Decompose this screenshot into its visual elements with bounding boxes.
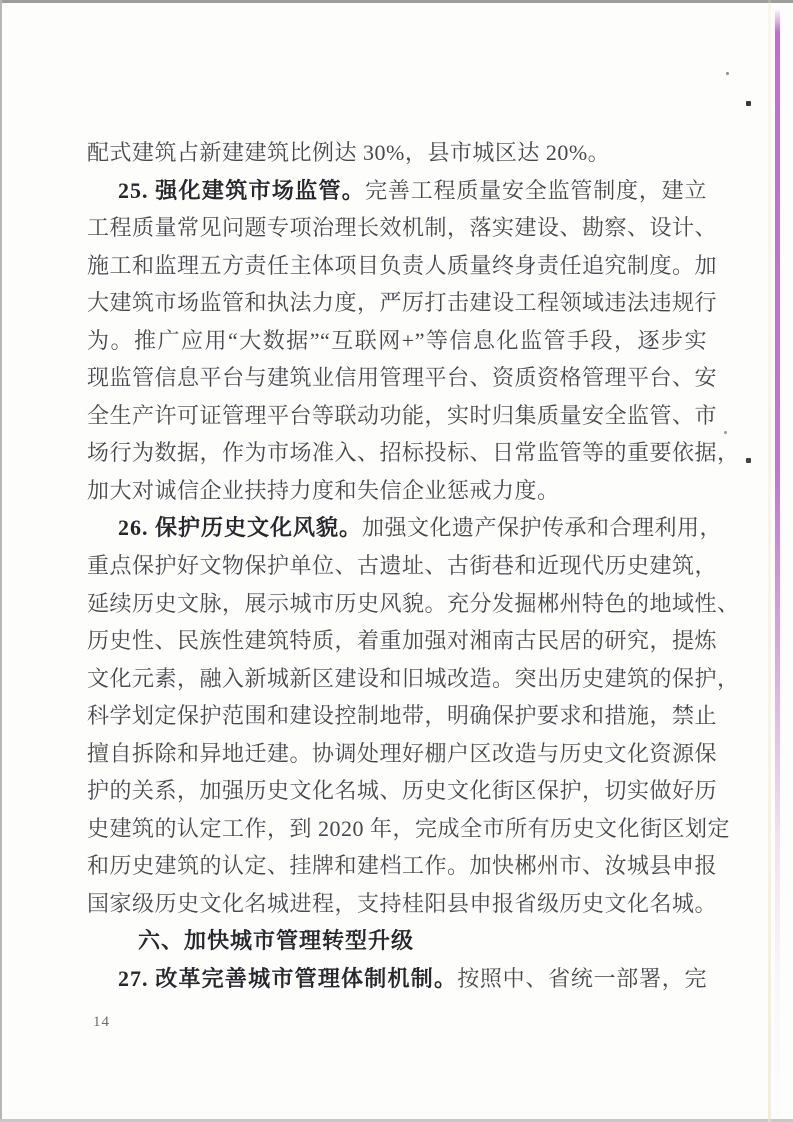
text-line: 擅自拆除和异地迁建。协调处理好棚户区改造与历史文化资源保 bbox=[87, 735, 707, 773]
text-line: 26. 保护历史文化风貌。加强文化遗产保护传承和合理利用， bbox=[87, 509, 707, 547]
heading-text: 25. 强化建筑市场监管。 bbox=[118, 178, 365, 203]
body-text: 全生产许可证管理平台等联动功能，实时归集质量安全监管、市 bbox=[87, 403, 717, 428]
text-line: 工程质量常见问题专项治理长效机制，落实建设、勘察、设计、 bbox=[87, 209, 707, 247]
text-line: 史建筑的认定工作，到 2020 年，完成全市所有历史文化街区划定 bbox=[87, 810, 707, 848]
text-line: 加大对诚信企业扶持力度和失信企业惩戒力度。 bbox=[87, 472, 707, 510]
text-line: 延续历史文脉，展示城市历史风貌。充分发掘郴州特色的地域性、 bbox=[87, 585, 707, 623]
ink-speck bbox=[746, 101, 751, 106]
body-text: 为。推广应用“大数据”“互联网+”等信息化监管手段，逐步实 bbox=[87, 328, 707, 353]
text-line: 27. 改革完善城市管理体制机制。按照中、省统一部署，完 bbox=[87, 960, 707, 998]
text-line: 全生产许可证管理平台等联动功能，实时归集质量安全监管、市 bbox=[87, 397, 707, 435]
scanned-document-page: 配式建筑占新建建筑比例达 30%，县市城区达 20%。25. 强化建筑市场监管。… bbox=[0, 0, 793, 1122]
text-line: 25. 强化建筑市场监管。完善工程质量安全监管制度，建立 bbox=[87, 172, 707, 210]
text-line: 配式建筑占新建建筑比例达 30%，县市城区达 20%。 bbox=[87, 134, 707, 172]
body-text: 场行为数据，作为市场准入、招标投标、日常监管等的重要依据， bbox=[87, 440, 740, 465]
body-text: 配式建筑占新建建筑比例达 30%，县市城区达 20%。 bbox=[87, 140, 610, 165]
text-line: 国家级历史文化名城进程，支持桂阳县申报省级历史文化名城。 bbox=[87, 885, 707, 923]
text-line: 为。推广应用“大数据”“互联网+”等信息化监管手段，逐步实 bbox=[87, 322, 707, 360]
text-line: 场行为数据，作为市场准入、招标投标、日常监管等的重要依据， bbox=[87, 434, 707, 472]
text-line: 文化元素，融入新城新区建设和旧城改造。突出历史建筑的保护， bbox=[87, 660, 707, 698]
body-text: 工程质量常见问题专项治理长效机制，落实建设、勘察、设计、 bbox=[87, 215, 717, 240]
text-line: 科学划定保护范围和建设控制地带，明确保护要求和措施，禁止 bbox=[87, 697, 707, 735]
body-text: 加大对诚信企业扶持力度和失信企业惩戒力度。 bbox=[87, 478, 560, 503]
body-text: 施工和监理五方责任主体项目负责人质量终身责任追究制度。加 bbox=[87, 253, 717, 278]
scanner-streak-purple bbox=[775, 10, 780, 1115]
text-line: 和历史建筑的认定、挂牌和建档工作。加快郴州市、汝城县申报 bbox=[87, 847, 707, 885]
body-text: 按照中、省统一部署，完 bbox=[457, 966, 707, 991]
document-body: 配式建筑占新建建筑比例达 30%，县市城区达 20%。25. 强化建筑市场监管。… bbox=[87, 134, 707, 998]
heading-text: 六、加快城市管理转型升级 bbox=[138, 928, 414, 953]
text-line: 大建筑市场监管和执法力度，严厉打击建设工程领域违法违规行 bbox=[87, 284, 707, 322]
body-text: 护的关系，加强历史文化名城、历史文化街区保护，切实做好历 bbox=[87, 778, 717, 803]
ink-speck bbox=[746, 458, 751, 463]
scanner-streak-cream bbox=[768, 0, 771, 1122]
body-text: 史建筑的认定工作，到 2020 年，完成全市所有历史文化街区划定 bbox=[87, 816, 730, 841]
ink-speck bbox=[726, 72, 729, 75]
body-text: 文化元素，融入新城新区建设和旧城改造。突出历史建筑的保护， bbox=[87, 666, 740, 691]
body-text: 加强文化遗产保护传承和合理利用， bbox=[362, 515, 722, 540]
text-line: 施工和监理五方责任主体项目负责人质量终身责任追究制度。加 bbox=[87, 247, 707, 285]
body-text: 擅自拆除和异地迁建。协调处理好棚户区改造与历史文化资源保 bbox=[87, 741, 717, 766]
ink-speck bbox=[724, 431, 727, 434]
body-text: 大建筑市场监管和执法力度，严厉打击建设工程领域违法违规行 bbox=[87, 290, 717, 315]
text-line: 历史性、民族性建筑特质，着重加强对湘南古民居的研究，提炼 bbox=[87, 622, 707, 660]
page-number: 14 bbox=[93, 1014, 110, 1031]
heading-text: 26. 保护历史文化风貌。 bbox=[118, 515, 362, 540]
body-text: 和历史建筑的认定、挂牌和建档工作。加快郴州市、汝城县申报 bbox=[87, 853, 717, 878]
text-line: 六、加快城市管理转型升级 bbox=[87, 922, 707, 960]
text-line: 重点保护好文物保护单位、古遗址、古街巷和近现代历史建筑， bbox=[87, 547, 707, 585]
body-text: 现监管信息平台与建筑业信用管理平台、资质资格管理平台、安 bbox=[87, 365, 717, 390]
body-text: 科学划定保护范围和建设控制地带，明确保护要求和措施，禁止 bbox=[87, 703, 717, 728]
body-text: 重点保护好文物保护单位、古遗址、古街巷和近现代历史建筑， bbox=[87, 553, 717, 578]
heading-text: 27. 改革完善城市管理体制机制。 bbox=[118, 966, 457, 991]
body-text: 国家级历史文化名城进程，支持桂阳县申报省级历史文化名城。 bbox=[87, 891, 717, 916]
text-line: 现监管信息平台与建筑业信用管理平台、资质资格管理平台、安 bbox=[87, 359, 707, 397]
body-text: 延续历史文脉，展示城市历史风貌。充分发掘郴州特色的地域性、 bbox=[87, 591, 740, 616]
text-line: 护的关系，加强历史文化名城、历史文化街区保护，切实做好历 bbox=[87, 772, 707, 810]
scan-edge-top bbox=[0, 0, 793, 3]
body-text: 历史性、民族性建筑特质，着重加强对湘南古民居的研究，提炼 bbox=[87, 628, 717, 653]
scan-edge-left bbox=[0, 0, 2, 1122]
body-text: 完善工程质量安全监管制度，建立 bbox=[365, 178, 707, 203]
